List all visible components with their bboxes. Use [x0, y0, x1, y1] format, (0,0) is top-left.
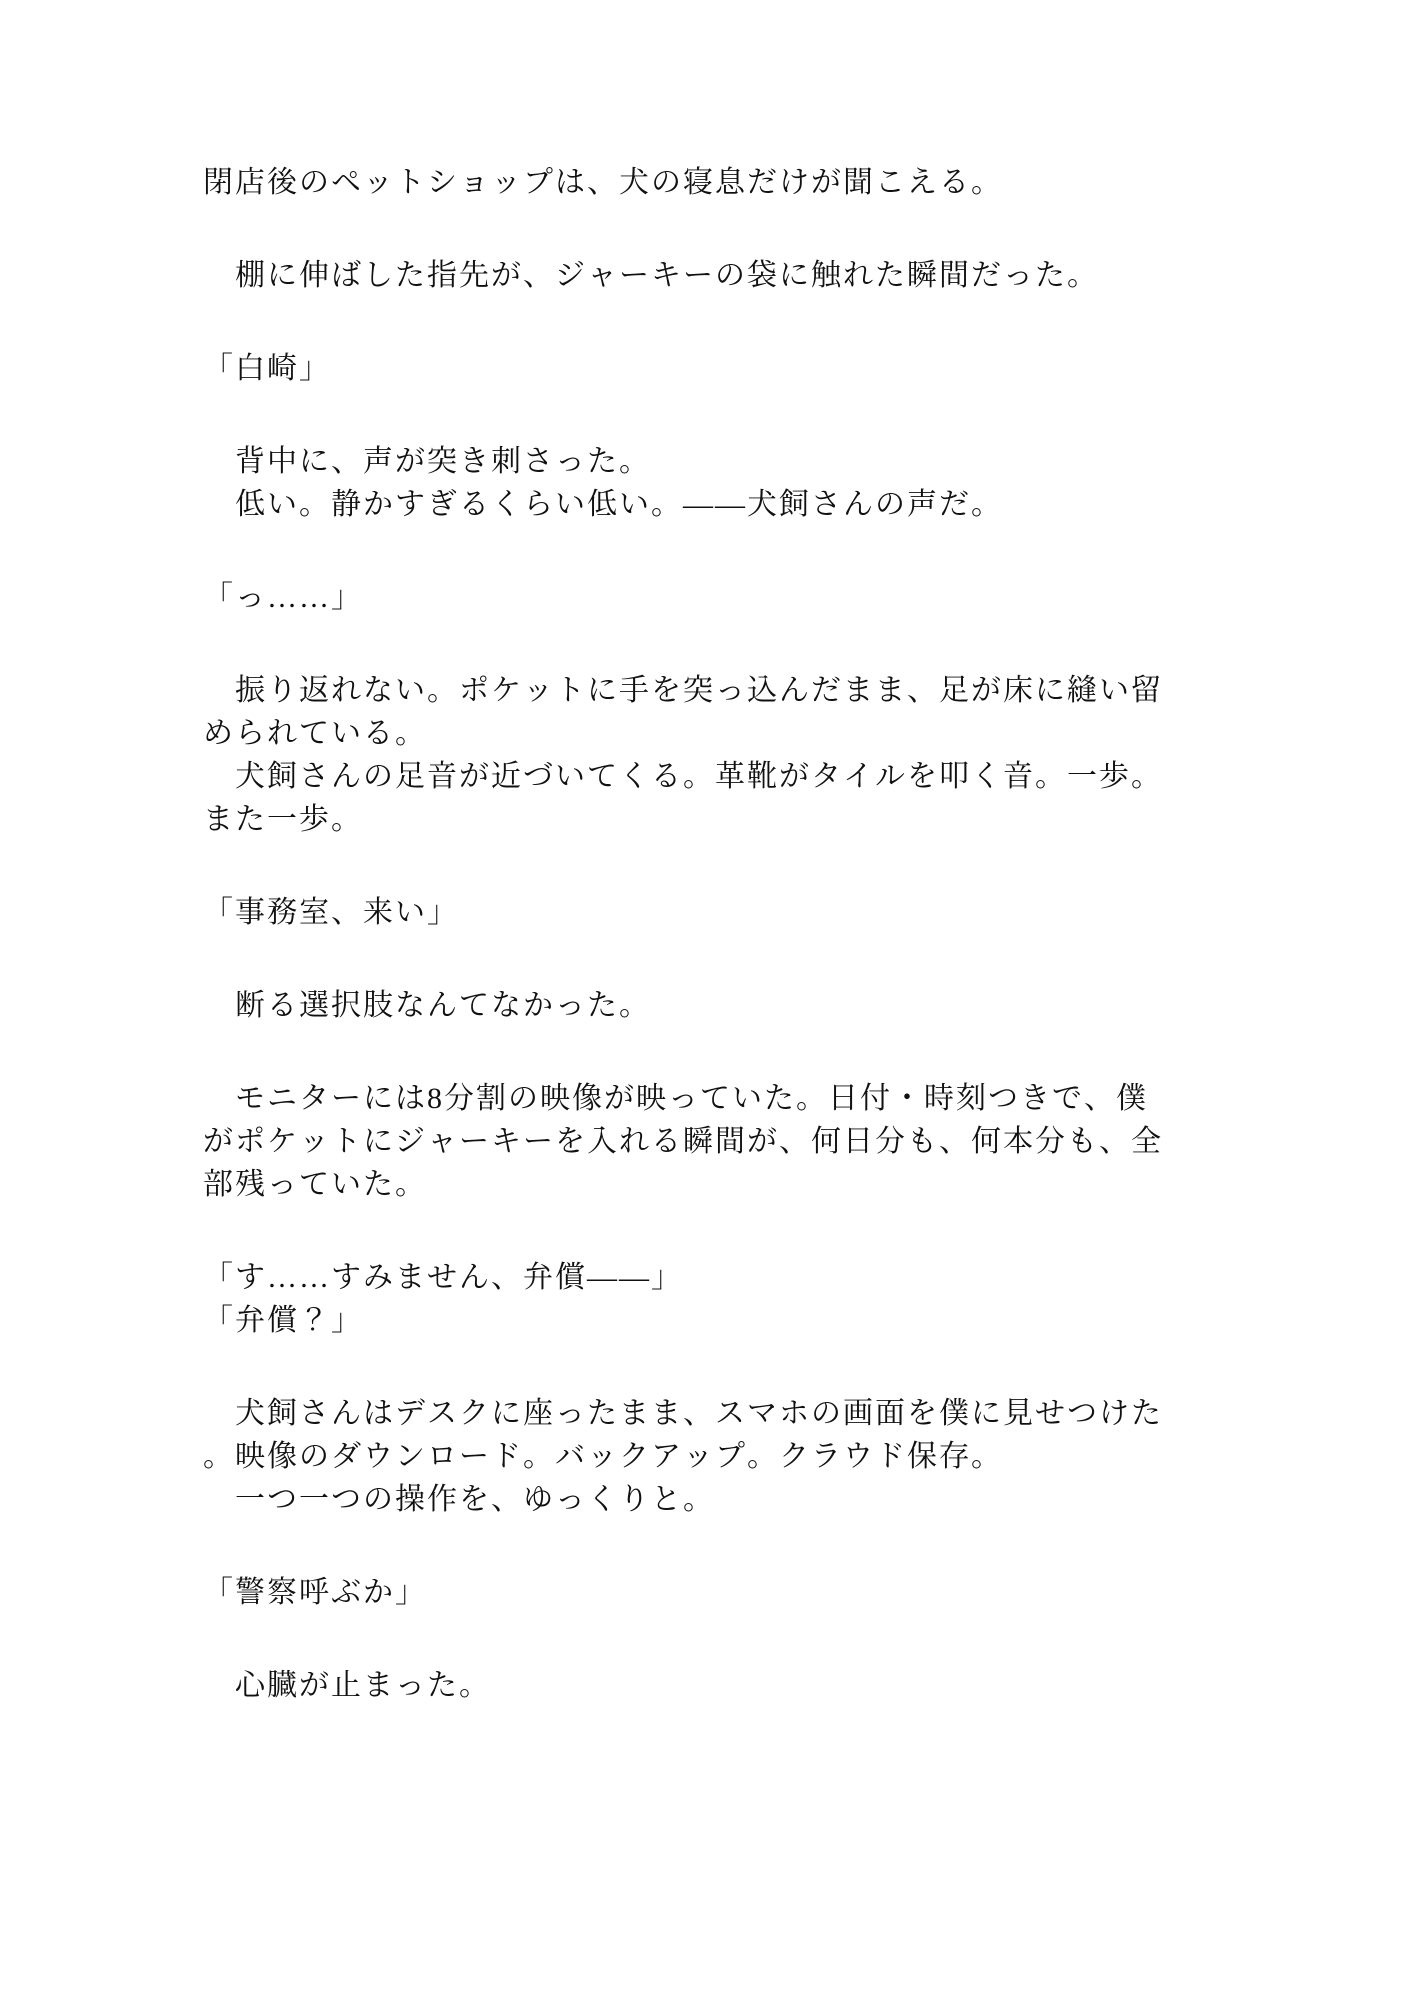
- text-line: 低い。静かすぎるくらい低い。――犬飼さんの声だ。: [203, 483, 1213, 526]
- text-line: められている。: [203, 712, 1213, 755]
- text-line: 「白崎」: [203, 347, 1213, 390]
- paragraph-block: 「す……すみません、弁償――」「弁償？」: [203, 1256, 1213, 1342]
- text-line: 犬飼さんはデスクに座ったまま、スマホの画面を僕に見せつけた: [203, 1392, 1213, 1435]
- text-line: モニターには8分割の映像が映っていた。日付・時刻つきで、僕: [203, 1077, 1213, 1120]
- text-line: また一歩。: [203, 798, 1213, 841]
- paragraph-block: 背中に、声が突き刺さった。 低い。静かすぎるくらい低い。――犬飼さんの声だ。: [203, 440, 1213, 526]
- text-line: 心臓が止まった。: [203, 1664, 1213, 1707]
- paragraph-block: モニターには8分割の映像が映っていた。日付・時刻つきで、僕がポケットにジャーキー…: [203, 1077, 1213, 1206]
- paragraph-block: 「事務室、来い」: [203, 891, 1213, 934]
- paragraph-block: 「っ……」: [203, 576, 1213, 619]
- paragraph-block: 振り返れない。ポケットに手を突っ込んだまま、足が床に縫い留められている。 犬飼さ…: [203, 669, 1213, 841]
- story-text: 閉店後のペットショップは、犬の寝息だけが聞こえる。 棚に伸ばした指先が、ジャーキ…: [203, 161, 1213, 1707]
- paragraph-block: 断る選択肢なんてなかった。: [203, 984, 1213, 1027]
- paragraph-block: 閉店後のペットショップは、犬の寝息だけが聞こえる。: [203, 161, 1213, 204]
- text-line: 犬飼さんの足音が近づいてくる。革靴がタイルを叩く音。一歩。: [203, 755, 1213, 798]
- document-page: 閉店後のペットショップは、犬の寝息だけが聞こえる。 棚に伸ばした指先が、ジャーキ…: [0, 0, 1415, 2000]
- paragraph-block: 心臓が止まった。: [203, 1664, 1213, 1707]
- text-line: 背中に、声が突き刺さった。: [203, 440, 1213, 483]
- paragraph-block: 犬飼さんはデスクに座ったまま、スマホの画面を僕に見せつけた。映像のダウンロード。…: [203, 1392, 1213, 1521]
- text-line: 閉店後のペットショップは、犬の寝息だけが聞こえる。: [203, 161, 1213, 204]
- paragraph-block: 棚に伸ばした指先が、ジャーキーの袋に触れた瞬間だった。: [203, 254, 1213, 297]
- text-line: 「警察呼ぶか」: [203, 1571, 1213, 1614]
- text-line: 「っ……」: [203, 576, 1213, 619]
- text-line: 「弁償？」: [203, 1299, 1213, 1342]
- text-line: がポケットにジャーキーを入れる瞬間が、何日分も、何本分も、全: [203, 1120, 1213, 1163]
- text-line: 部残っていた。: [203, 1163, 1213, 1206]
- text-line: 「す……すみません、弁償――」: [203, 1256, 1213, 1299]
- text-line: 棚に伸ばした指先が、ジャーキーの袋に触れた瞬間だった。: [203, 254, 1213, 297]
- text-line: 。映像のダウンロード。バックアップ。クラウド保存。: [203, 1435, 1213, 1478]
- paragraph-block: 「白崎」: [203, 347, 1213, 390]
- text-line: 振り返れない。ポケットに手を突っ込んだまま、足が床に縫い留: [203, 669, 1213, 712]
- text-line: 断る選択肢なんてなかった。: [203, 984, 1213, 1027]
- paragraph-block: 「警察呼ぶか」: [203, 1571, 1213, 1614]
- text-line: 一つ一つの操作を、ゆっくりと。: [203, 1478, 1213, 1521]
- text-line: 「事務室、来い」: [203, 891, 1213, 934]
